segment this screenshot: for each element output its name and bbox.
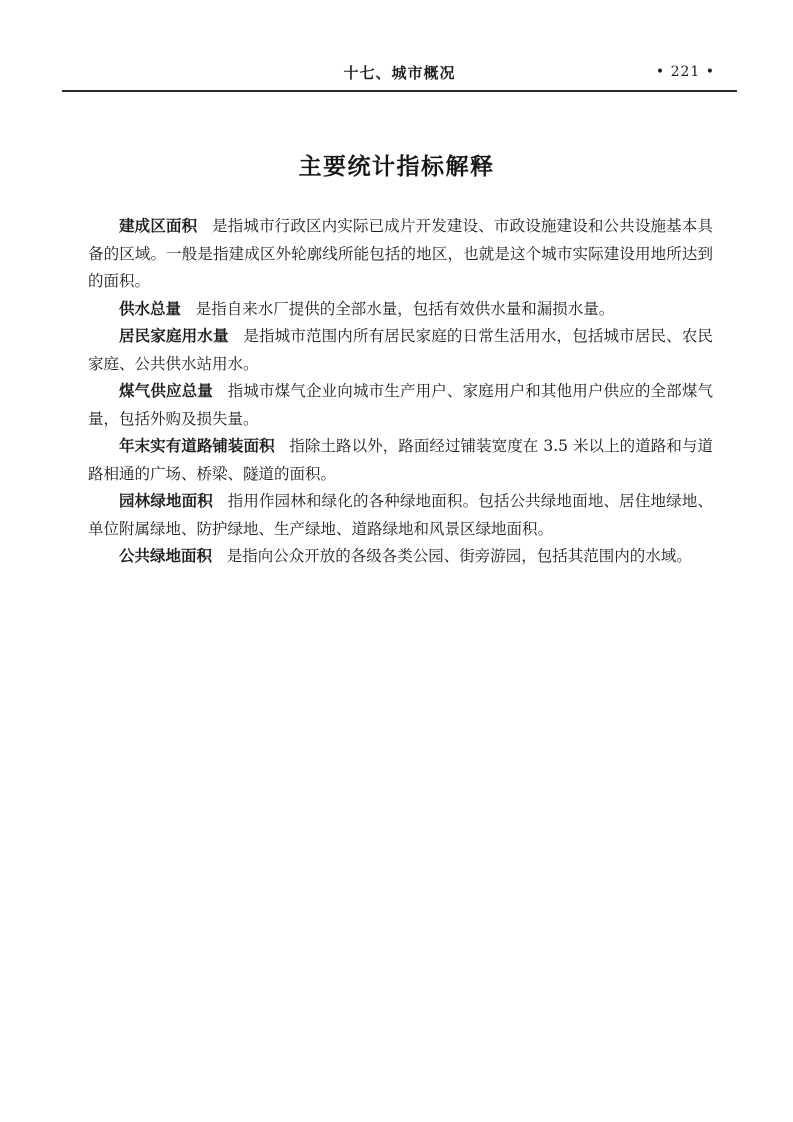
page-number: • 221 • xyxy=(656,64,715,80)
definition-entry: 居民家庭用水量是指城市范围内所有居民家庭的日常生活用水，包括城市居民、农民家庭、… xyxy=(88,323,713,378)
definitions-list: 建成区面积是指城市行政区内实际已成片开发建设、市政设施建设和公共设施基本具备的区… xyxy=(88,213,713,571)
definition-entry: 年末实有道路铺装面积指除土路以外，路面经过铺装宽度在 3.5 米以上的道路和与道… xyxy=(88,433,713,488)
definition-entry: 煤气供应总量指城市煤气企业向城市生产用户、家庭用户和其他用户供应的全部煤气量，包… xyxy=(88,378,713,433)
page-header: 十七、城市概况 • 221 • xyxy=(62,62,737,92)
term-label: 公共绿地面积 xyxy=(119,547,212,565)
term-label: 居民家庭用水量 xyxy=(119,327,229,345)
definition-entry: 园林绿地面积指用作园林和绿化的各种绿地面积。包括公共绿地面地、居住地绿地、单位附… xyxy=(88,488,713,543)
term-label: 建成区面积 xyxy=(119,217,197,235)
term-label: 煤气供应总量 xyxy=(119,382,213,400)
term-label: 园林绿地面积 xyxy=(119,492,213,510)
document-page: 十七、城市概况 • 221 • 主要统计指标解释 建成区面积是指城市行政区内实际… xyxy=(0,0,793,1122)
document-title: 主要统计指标解释 xyxy=(0,148,793,181)
term-definition: 是指向公众开放的各级各类公园、街旁游园，包括其范围内的水域。 xyxy=(227,547,692,565)
term-label: 年末实有道路铺装面积 xyxy=(119,437,275,455)
definition-entry: 公共绿地面积是指向公众开放的各级各类公园、街旁游园，包括其范围内的水域。 xyxy=(88,543,713,571)
definition-entry: 供水总量是指自来水厂提供的全部水量，包括有效供水量和漏损水量。 xyxy=(88,296,713,324)
definition-entry: 建成区面积是指城市行政区内实际已成片开发建设、市政设施建设和公共设施基本具备的区… xyxy=(88,213,713,296)
term-label: 供水总量 xyxy=(119,300,181,318)
section-header: 十七、城市概况 xyxy=(343,64,455,82)
term-definition: 是指自来水厂提供的全部水量，包括有效供水量和漏损水量。 xyxy=(196,300,615,318)
